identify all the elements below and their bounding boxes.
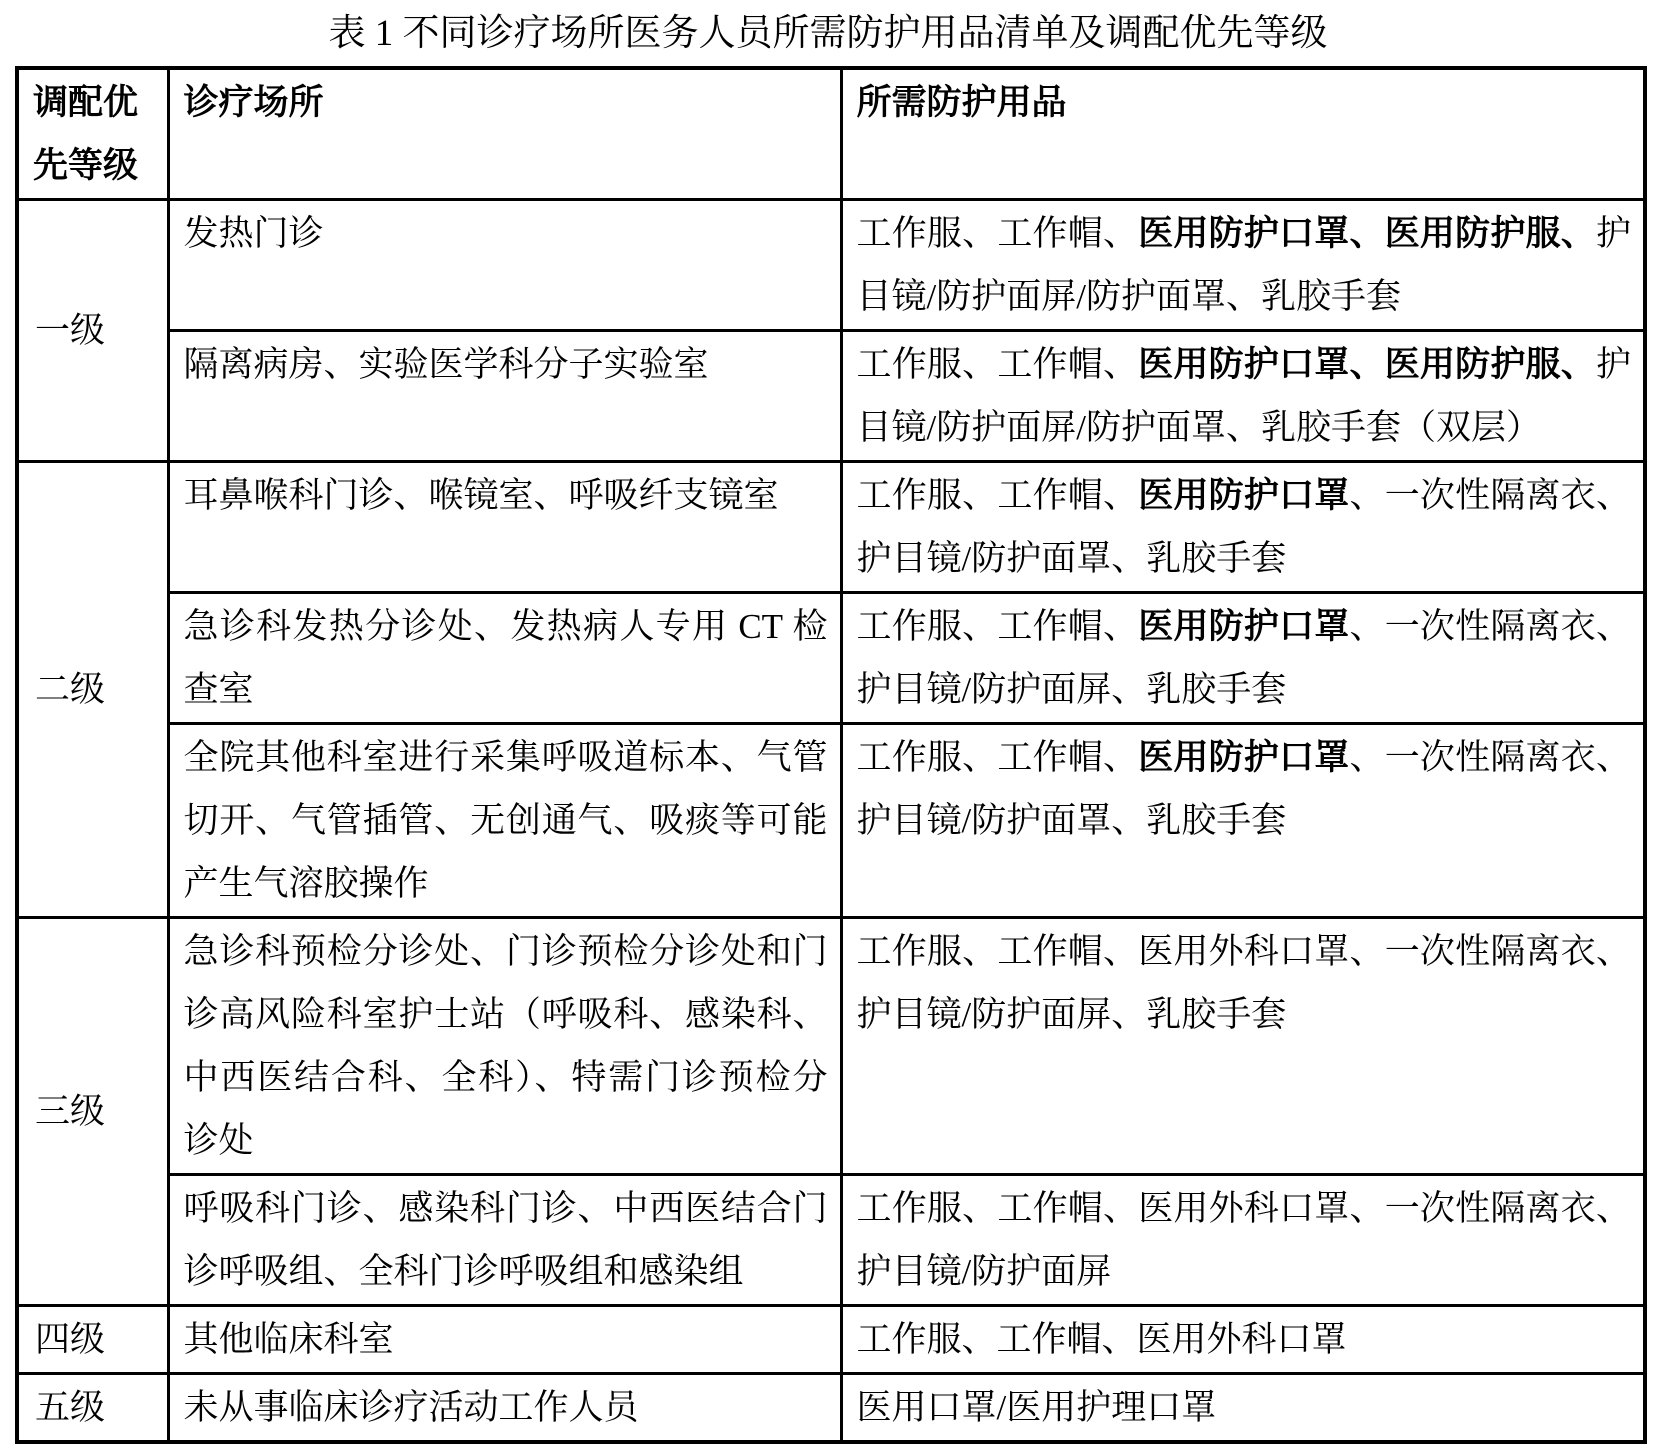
location-cell: 隔离病房、实验医学科分子实验室 bbox=[168, 331, 841, 462]
table-row: 四级 其他临床科室 工作服、工作帽、医用外科口罩 bbox=[17, 1306, 1645, 1374]
location-cell: 急诊科发热分诊处、发热病人专用 CT 检查室 bbox=[168, 593, 841, 724]
supplies-cell: 工作服、工作帽、医用防护口罩、一次性隔离衣、护目镜/防护面罩、乳胶手套 bbox=[841, 724, 1645, 918]
priority-cell-level4: 四级 bbox=[17, 1306, 168, 1374]
header-row: 调配优先等级 诊疗场所 所需防护用品 bbox=[17, 68, 1645, 200]
location-cell: 其他临床科室 bbox=[168, 1306, 841, 1374]
table-row: 呼吸科门诊、感染科门诊、中西医结合门诊呼吸组、全科门诊呼吸组和感染组 工作服、工… bbox=[17, 1175, 1645, 1306]
header-supplies: 所需防护用品 bbox=[841, 68, 1645, 200]
table-row: 全院其他科室进行采集呼吸道标本、气管切开、气管插管、无创通气、吸痰等可能产生气溶… bbox=[17, 724, 1645, 918]
table-row: 二级 耳鼻喉科门诊、喉镜室、呼吸纤支镜室 工作服、工作帽、医用防护口罩、一次性隔… bbox=[17, 462, 1645, 593]
priority-cell-level5: 五级 bbox=[17, 1374, 168, 1443]
supplies-cell: 工作服、工作帽、医用外科口罩 bbox=[841, 1306, 1645, 1374]
supplies-cell: 医用口罩/医用护理口罩 bbox=[841, 1374, 1645, 1443]
document-page: 表 1 不同诊疗场所医务人员所需防护用品清单及调配优先等级 调配优先等级 诊疗场… bbox=[0, 0, 1656, 1444]
table-title: 表 1 不同诊疗场所医务人员所需防护用品清单及调配优先等级 bbox=[0, 0, 1656, 66]
header-location: 诊疗场所 bbox=[168, 68, 841, 200]
priority-cell-level1: 一级 bbox=[17, 200, 168, 462]
table-row: 一级 发热门诊 工作服、工作帽、医用防护口罩、医用防护服、护目镜/防护面屏/防护… bbox=[17, 200, 1645, 331]
location-cell: 呼吸科门诊、感染科门诊、中西医结合门诊呼吸组、全科门诊呼吸组和感染组 bbox=[168, 1175, 841, 1306]
table-row: 三级 急诊科预检分诊处、门诊预检分诊处和门诊高风险科室护士站（呼吸科、感染科、中… bbox=[17, 918, 1645, 1175]
location-cell: 急诊科预检分诊处、门诊预检分诊处和门诊高风险科室护士站（呼吸科、感染科、中西医结… bbox=[168, 918, 841, 1175]
table-row: 急诊科发热分诊处、发热病人专用 CT 检查室 工作服、工作帽、医用防护口罩、一次… bbox=[17, 593, 1645, 724]
table-row: 隔离病房、实验医学科分子实验室 工作服、工作帽、医用防护口罩、医用防护服、护目镜… bbox=[17, 331, 1645, 462]
priority-cell-level3: 三级 bbox=[17, 918, 168, 1306]
location-cell: 耳鼻喉科门诊、喉镜室、呼吸纤支镜室 bbox=[168, 462, 841, 593]
supplies-cell: 工作服、工作帽、医用防护口罩、医用防护服、护目镜/防护面屏/防护面罩、乳胶手套 bbox=[841, 200, 1645, 331]
supplies-cell: 工作服、工作帽、医用防护口罩、一次性隔离衣、护目镜/防护面罩、乳胶手套 bbox=[841, 462, 1645, 593]
location-cell: 发热门诊 bbox=[168, 200, 841, 331]
protection-priority-table: 调配优先等级 诊疗场所 所需防护用品 一级 发热门诊 工作服、工作帽、医用防护口… bbox=[15, 66, 1647, 1444]
supplies-cell: 工作服、工作帽、医用防护口罩、一次性隔离衣、护目镜/防护面屏、乳胶手套 bbox=[841, 593, 1645, 724]
location-cell: 未从事临床诊疗活动工作人员 bbox=[168, 1374, 841, 1443]
supplies-cell: 工作服、工作帽、医用外科口罩、一次性隔离衣、护目镜/防护面屏、乳胶手套 bbox=[841, 918, 1645, 1175]
header-priority: 调配优先等级 bbox=[17, 68, 168, 200]
supplies-cell: 工作服、工作帽、医用防护口罩、医用防护服、护目镜/防护面屏/防护面罩、乳胶手套（… bbox=[841, 331, 1645, 462]
priority-cell-level2: 二级 bbox=[17, 462, 168, 918]
table-row: 五级 未从事临床诊疗活动工作人员 医用口罩/医用护理口罩 bbox=[17, 1374, 1645, 1443]
location-cell: 全院其他科室进行采集呼吸道标本、气管切开、气管插管、无创通气、吸痰等可能产生气溶… bbox=[168, 724, 841, 918]
supplies-cell: 工作服、工作帽、医用外科口罩、一次性隔离衣、护目镜/防护面屏 bbox=[841, 1175, 1645, 1306]
